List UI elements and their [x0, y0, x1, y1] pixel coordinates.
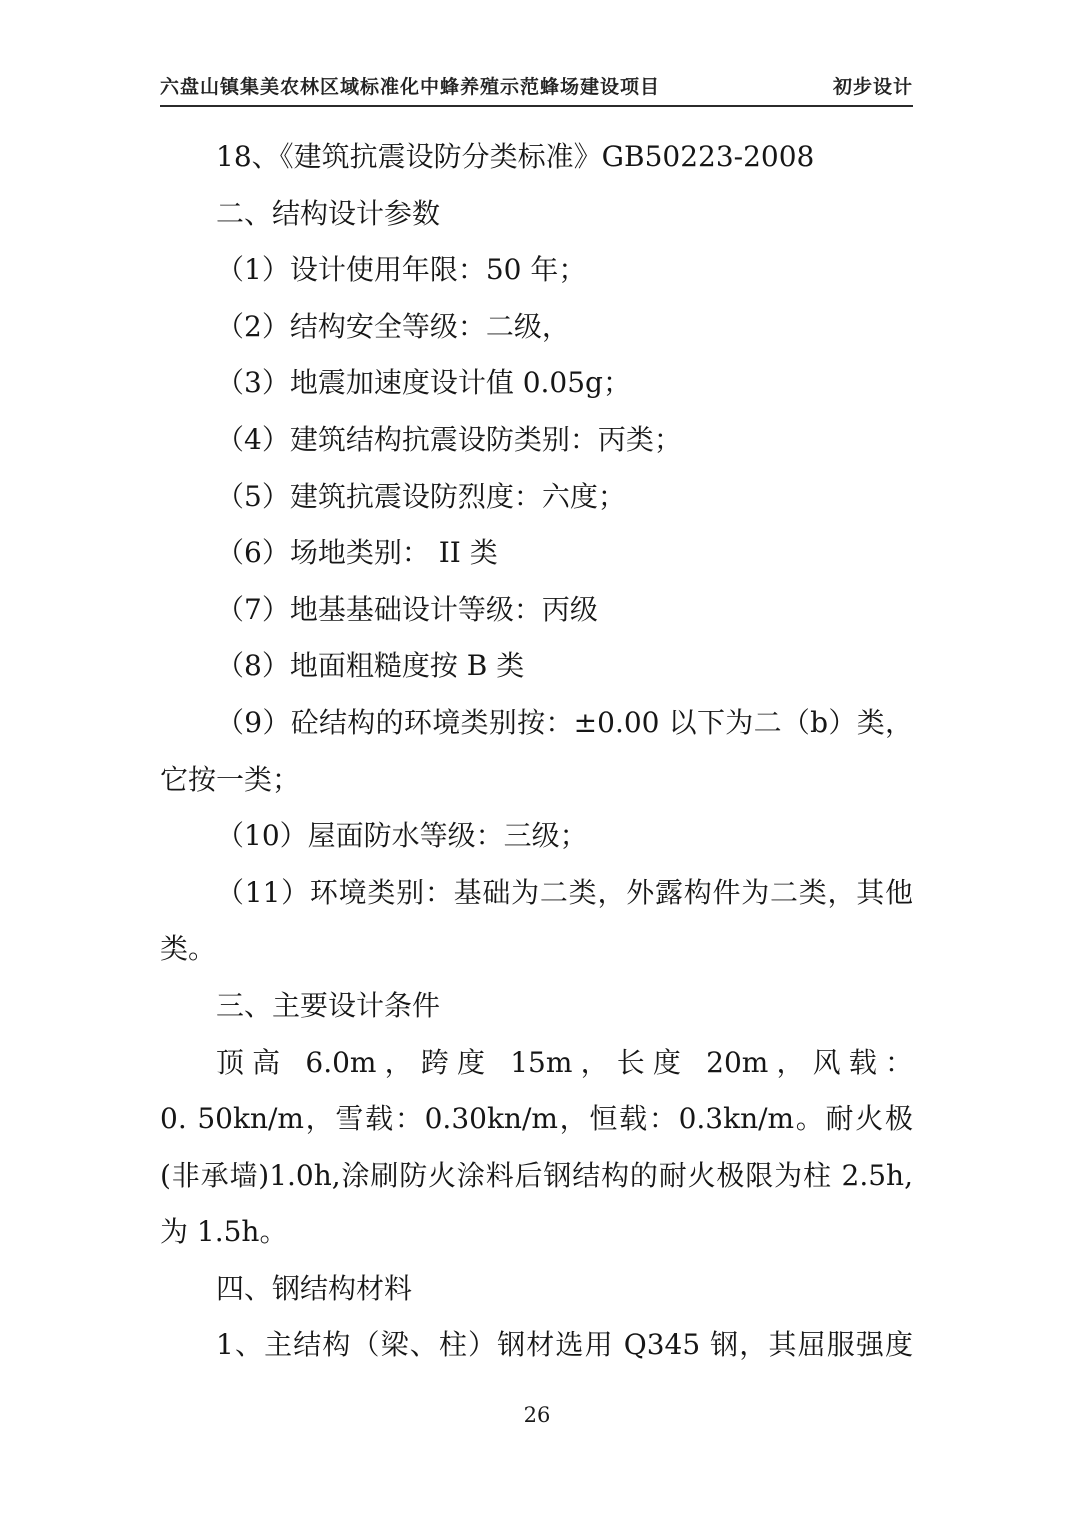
text-line: （5）建筑抗震设防烈度：六度；: [160, 469, 913, 526]
page-number: 26: [524, 1403, 551, 1427]
text-line: （4）建筑结构抗震设防类别：丙类；: [160, 412, 913, 469]
text-line: 为 1.5h。: [160, 1204, 913, 1261]
text-line: （10）屋面防水等级：三级；: [160, 808, 913, 865]
text-line: （1）设计使用年限：50 年；: [160, 242, 913, 299]
text-line: 1、主结构（梁、柱）钢材选用 Q345 钢，其屈服强度 fy≥: [160, 1317, 913, 1374]
text-line: 三、主要设计条件: [160, 978, 913, 1035]
page-header: 六盘山镇集美农林区域标准化中蜂养殖示范蜂场建设项目 初步设计: [160, 72, 913, 107]
header-doc-type: 初步设计: [833, 72, 913, 99]
text-line: （7）地基基础设计等级：丙级: [160, 582, 913, 639]
text-line: （11）环境类别：基础为二类，外露构件为二类，其他为一: [160, 865, 913, 922]
text-line: 类。: [160, 921, 913, 978]
text-line: 二、结构设计参数: [160, 186, 913, 243]
text-line: （6）场地类别： II 类: [160, 525, 913, 582]
document-page: 六盘山镇集美农林区域标准化中蜂养殖示范蜂场建设项目 初步设计 18、《建筑抗震设…: [0, 0, 1074, 1520]
text-line: （8）地面粗糙度按 B 类: [160, 638, 913, 695]
text-line: 四、钢结构材料: [160, 1261, 913, 1318]
text-line: (非承墙)1.0h,涂刷防火涂料后钢结构的耐火极限为柱 2.5h,梁: [160, 1148, 913, 1205]
text-line: （2）结构安全等级：二级，: [160, 299, 913, 356]
text-line: （9）砼结构的环境类别按：±0.00 以下为二（b）类，其: [160, 695, 913, 752]
text-line: 18、《建筑抗震设防分类标准》GB50223-2008: [160, 129, 913, 186]
text-line: 它按一类；: [160, 752, 913, 809]
text-line: 0. 50kn/m，雪载：0.30kn/m，恒载：0.3kn/m。耐火极限为外墙: [160, 1091, 913, 1148]
text-line: （3）地震加速度设计值 0.05g；: [160, 355, 913, 412]
text-line: 顶高 6.0m，跨度 15m，长度 20m，风载：0.40kn/m，活载：: [160, 1035, 913, 1092]
header-project-title: 六盘山镇集美农林区域标准化中蜂养殖示范蜂场建设项目: [160, 72, 660, 99]
document-body: 18、《建筑抗震设防分类标准》GB50223-2008二、结构设计参数（1）设计…: [160, 129, 913, 1374]
page-footer: 26: [0, 1403, 1074, 1427]
